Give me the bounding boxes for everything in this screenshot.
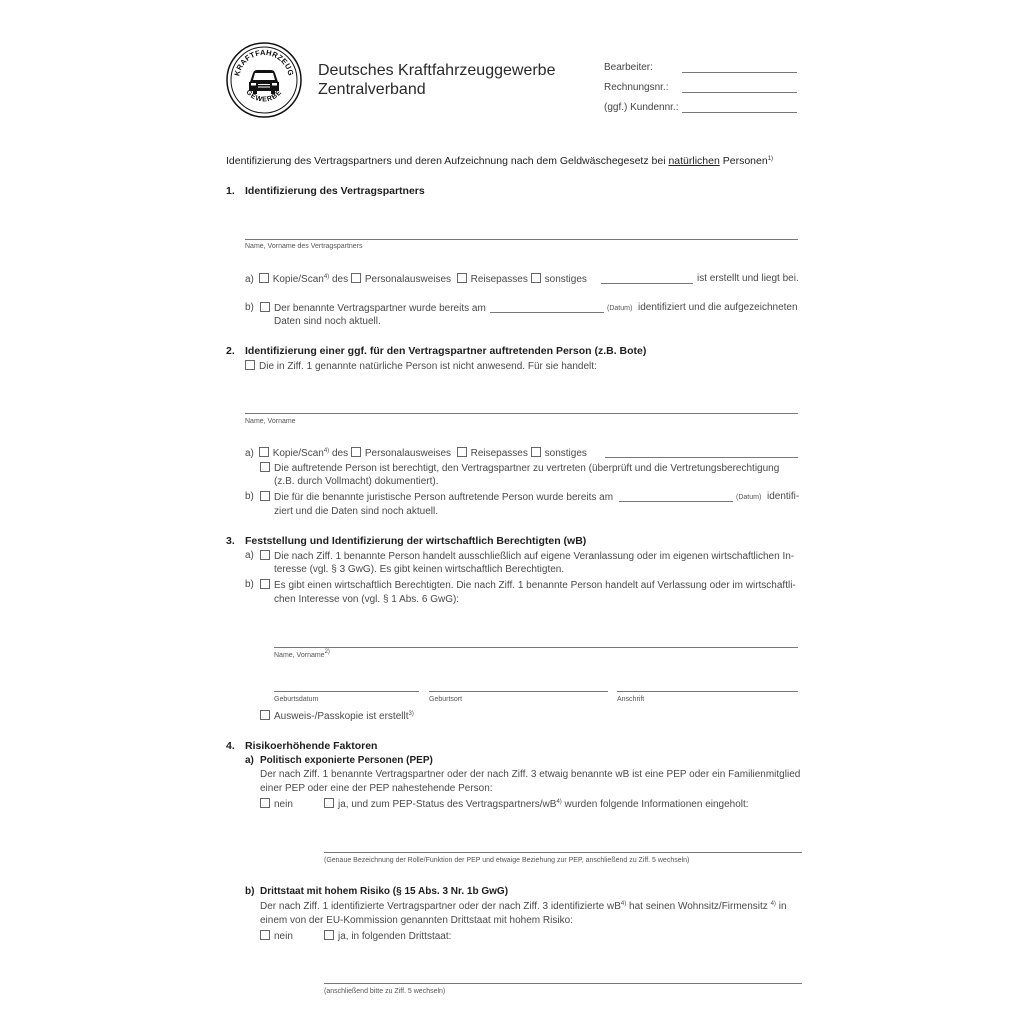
section-4a-marker: a)	[245, 755, 254, 767]
section-4a-heading: Politisch exponierte Personen (PEP)	[260, 755, 433, 767]
pep-nein-option: nein	[260, 798, 293, 811]
rechnungsnr-field[interactable]	[682, 92, 797, 93]
bote-personalausweis-checkbox[interactable]	[351, 447, 361, 457]
reisepass-checkbox[interactable]	[457, 273, 467, 283]
wb-vorhanden-checkbox[interactable]	[260, 579, 270, 589]
form-title: Identifizierung des Vertragspartners und…	[226, 155, 773, 167]
drittstaat-ja-checkbox[interactable]	[324, 930, 334, 940]
section-2-number: 2.	[226, 345, 235, 357]
section-4-heading: Risikoerhöhende Faktoren	[245, 740, 377, 752]
geburtsort-field[interactable]	[429, 691, 608, 692]
section-4b-line2: einem von der EU-Kommission genannten Dr…	[260, 915, 573, 927]
section-3-number: 3.	[226, 535, 235, 547]
section-2b-marker: b)	[245, 491, 254, 503]
sonstiges-checkbox[interactable]	[531, 273, 541, 283]
bote-name-field[interactable]	[245, 413, 798, 414]
anschrift-caption: Anschrift	[617, 695, 644, 704]
section-4a-line1: Der nach Ziff. 1 benannte Vertragspartne…	[260, 769, 800, 781]
wb-name-field[interactable]	[274, 647, 798, 648]
pep-ja-option: ja, und zum PEP-Status des Vertragspartn…	[324, 798, 749, 811]
nicht-anwesend-checkbox[interactable]	[245, 360, 255, 370]
datum-hint: (Datum)	[607, 304, 632, 313]
section-3-heading: Feststellung und Identifizierung der wir…	[245, 535, 586, 547]
juristische-person-checkbox[interactable]	[260, 491, 270, 501]
section-4b-heading: Drittstaat mit hohem Risiko (§ 15 Abs. 3…	[260, 886, 508, 898]
geburtsdatum-field[interactable]	[274, 691, 419, 692]
bote-kopie-scan-checkbox[interactable]	[259, 447, 269, 457]
section-4a-line2: einer PEP oder eine der PEP nahestehende…	[260, 783, 493, 795]
vertretung-line2: (z.B. durch Vollmacht) dokumentiert).	[274, 476, 439, 488]
geburtsdatum-caption: Geburtsdatum	[274, 695, 318, 704]
bereits-identifiziert-checkbox[interactable]	[260, 302, 270, 312]
ausweiskopie-row: Ausweis-/Passkopie ist erstellt3)	[260, 710, 414, 723]
section-1a-row: a) Kopie/Scan4) des Personalausweises Re…	[245, 273, 587, 286]
car-icon: KRAFTFAHRZEUG GEWERBE	[226, 42, 302, 118]
identifiziert-datum-field[interactable]	[490, 312, 604, 313]
drittstaat-nein-option: nein	[260, 930, 293, 943]
vertragspartner-name-caption: Name, Vorname des Vertragspartners	[245, 242, 363, 251]
pep-ja-checkbox[interactable]	[324, 798, 334, 808]
logo: KRAFTFAHRZEUG GEWERBE	[226, 42, 302, 118]
section-2b-row: Die für die benannte juristische Person …	[260, 491, 613, 504]
juristische-datum-field[interactable]	[619, 501, 733, 502]
section-2b-text3: ziert und die Daten sind noch aktuell.	[274, 506, 438, 518]
vertretung-row: Die auftretende Person ist berechtigt, d…	[260, 462, 779, 475]
section-2b-text2: identifi-	[767, 491, 799, 503]
section-1b-text2: identifiziert und die aufgezeichneten	[638, 302, 798, 314]
section-4-number: 4.	[226, 740, 235, 752]
section-3b-line2: chen Interesse von (vgl. § 1 Abs. 6 GwG)…	[274, 594, 459, 606]
organization-name: Deutsches Kraftfahrzeuggewerbe Zentralve…	[318, 61, 555, 99]
title-emphasis: natürlichen	[668, 155, 719, 167]
section-4b-line1: Der nach Ziff. 1 identifizierte Vertrags…	[260, 901, 787, 913]
keine-wb-checkbox[interactable]	[260, 550, 270, 560]
drittstaat-field[interactable]	[324, 983, 802, 984]
section-1-heading: Identifizierung des Vertragspartners	[245, 185, 425, 197]
org-line-2: Zentralverband	[318, 80, 555, 99]
section-3b-marker: b)	[245, 579, 254, 591]
bote-sonstiges-field[interactable]	[605, 457, 798, 458]
sonstiges-field[interactable]	[601, 283, 693, 284]
geburtsort-caption: Geburtsort	[429, 695, 462, 704]
bearbeiter-label: Bearbeiter:	[604, 62, 653, 74]
drittstaat-nein-checkbox[interactable]	[260, 930, 270, 940]
section-4b-marker: b)	[245, 886, 254, 898]
pep-info-field[interactable]	[324, 852, 802, 853]
bote-name-caption: Name, Vorname	[245, 417, 296, 426]
vertretungsberechtigt-checkbox[interactable]	[260, 462, 270, 472]
section-2-heading: Identifizierung einer ggf. für den Vertr…	[245, 345, 646, 357]
section-3b-row: Es gibt einen wirtschaftlich Berechtigte…	[260, 579, 796, 592]
section-3a-line2: teresse (vgl. § 3 GwG). Es gibt keinen w…	[274, 564, 564, 576]
section-1-number: 1.	[226, 185, 235, 197]
vertragspartner-name-field[interactable]	[245, 239, 798, 240]
datum-hint-2: (Datum)	[736, 493, 761, 502]
wb-name-caption: Name, Vorname2)	[274, 651, 330, 660]
section-3a-row: Die nach Ziff. 1 benannte Person handelt…	[260, 550, 794, 563]
kundennr-field[interactable]	[682, 112, 797, 113]
nicht-anwesend-row: Die in Ziff. 1 genannte natürliche Perso…	[245, 360, 597, 373]
section-2a-row: a) Kopie/Scan4) des Personalausweises Re…	[245, 447, 587, 460]
section-1b-row: Der benannte Vertragspartner wurde berei…	[260, 302, 486, 315]
org-line-1: Deutsches Kraftfahrzeuggewerbe	[318, 61, 555, 80]
pep-info-caption: (Genaue Bezeichnung der Rolle/Funktion d…	[324, 856, 689, 865]
rechnungsnr-label: Rechnungsnr.:	[604, 82, 669, 94]
bearbeiter-field[interactable]	[682, 72, 797, 73]
section-1a-tail: ist erstellt und liegt bei.	[697, 273, 799, 285]
section-1b-marker: b)	[245, 302, 254, 314]
kopie-scan-checkbox[interactable]	[259, 273, 269, 283]
section-3a-marker: a)	[245, 550, 254, 562]
drittstaat-caption: (anschließend bitte zu Ziff. 5 wechseln)	[324, 987, 445, 996]
anschrift-field[interactable]	[617, 691, 798, 692]
drittstaat-ja-option: ja, in folgenden Drittstaat:	[324, 930, 451, 943]
personalausweis-checkbox[interactable]	[351, 273, 361, 283]
bote-sonstiges-checkbox[interactable]	[531, 447, 541, 457]
kundennr-label: (ggf.) Kundennr.:	[604, 102, 679, 114]
pep-nein-checkbox[interactable]	[260, 798, 270, 808]
bote-reisepass-checkbox[interactable]	[457, 447, 467, 457]
ausweiskopie-checkbox[interactable]	[260, 710, 270, 720]
section-1b-text3: Daten sind noch aktuell.	[274, 316, 381, 328]
